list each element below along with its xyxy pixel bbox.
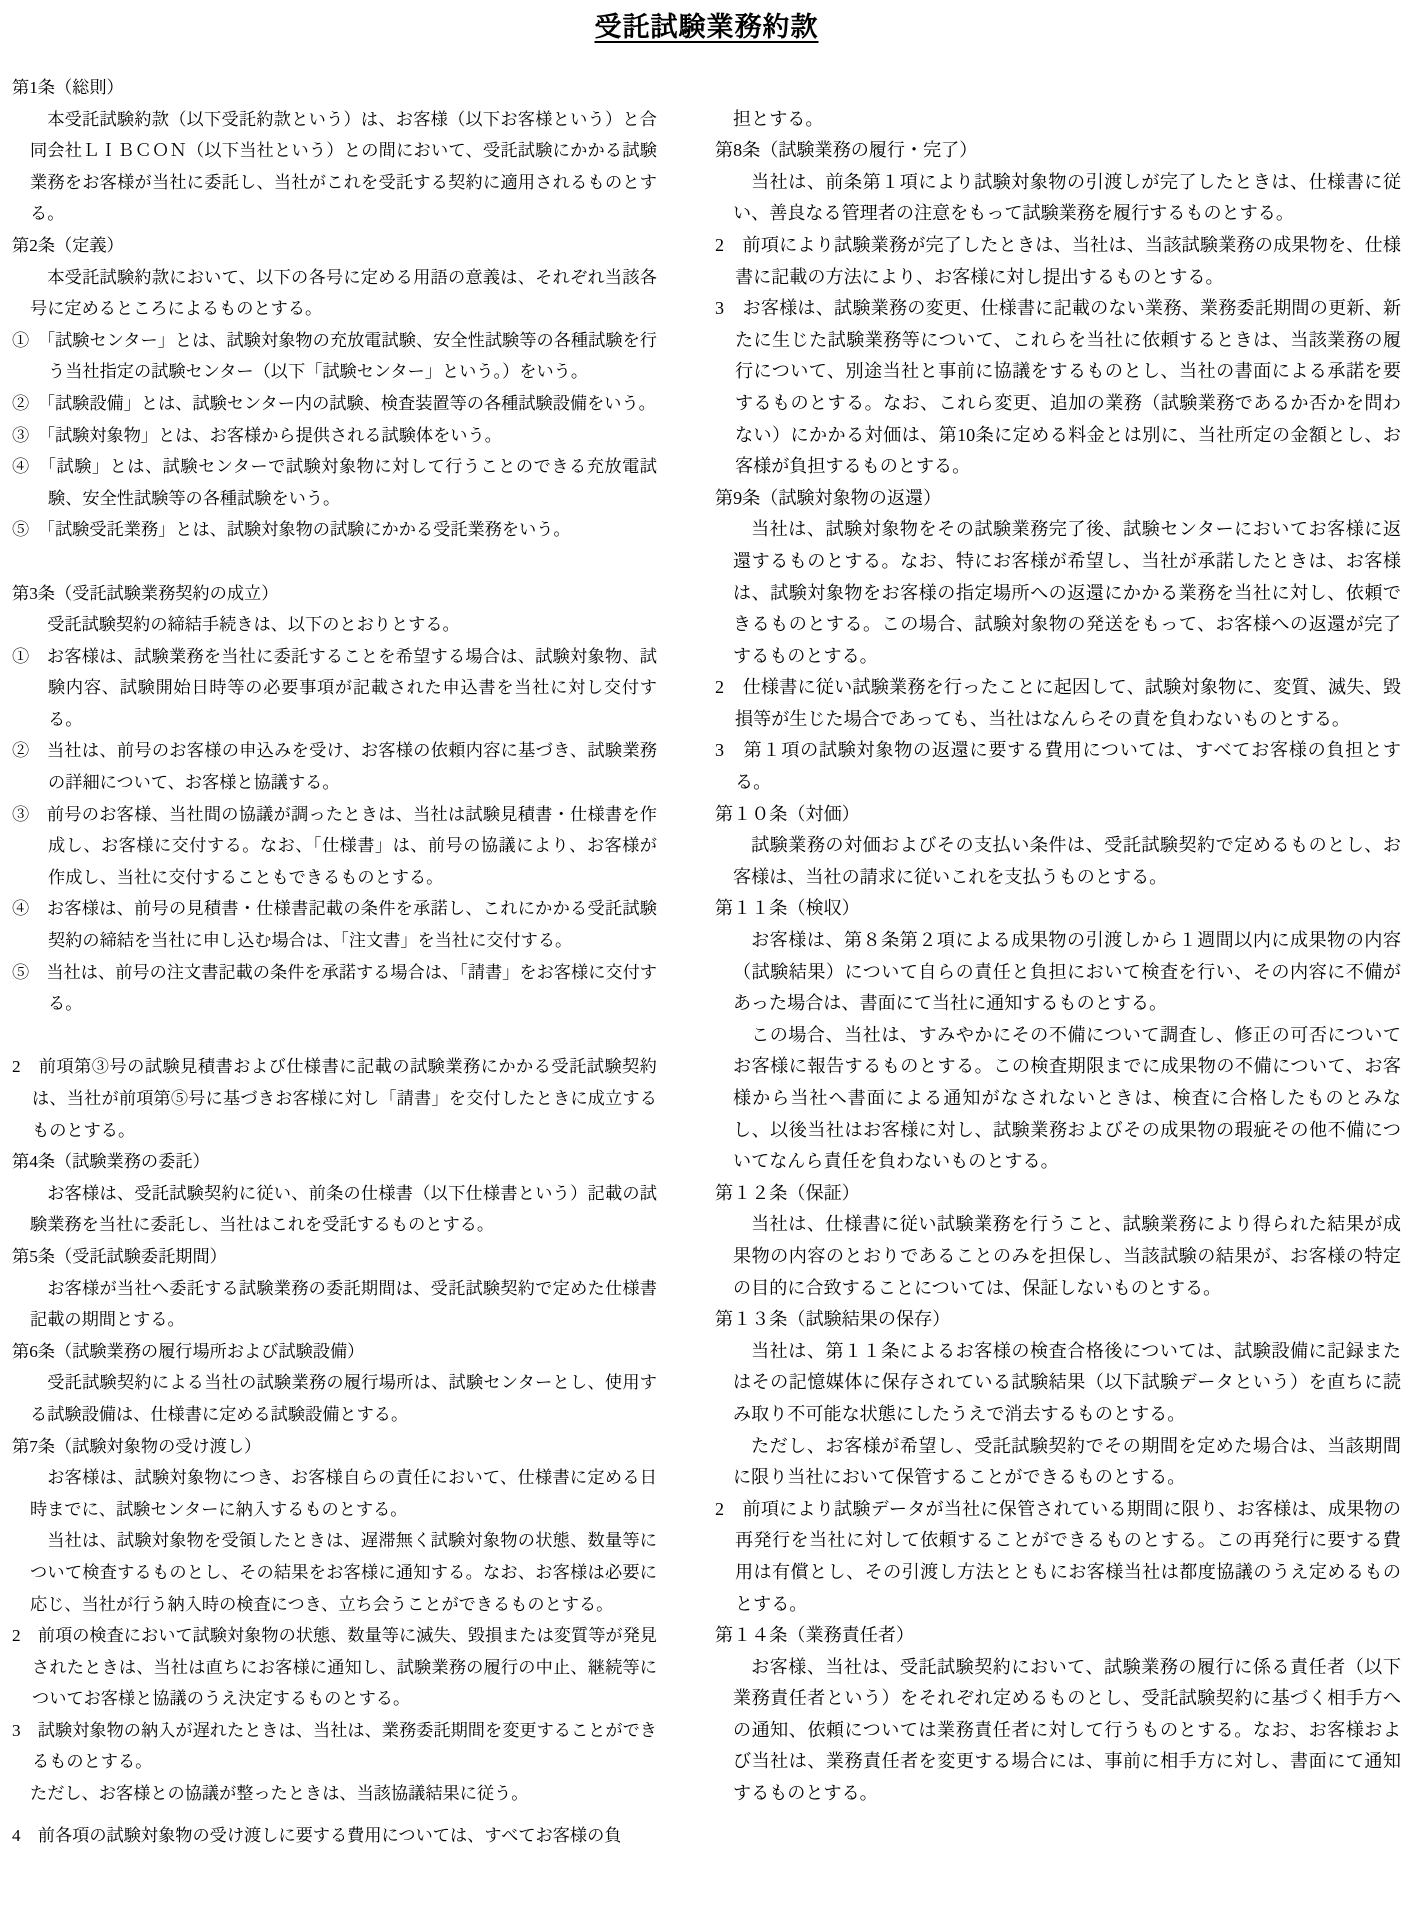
article-paragraph: お客様は、試験対象物につき、お客様自らの責任において、仕様書に定める日時までに、…: [12, 1462, 657, 1525]
circled-list-item: ④ お客様は、前号の見積書・仕様書記載の条件を承諾し、これにかかる受託試験契約の…: [12, 893, 657, 956]
numbered-sub-paragraph: 3 お客様は、試験業務の変更、仕様書に記載のない業務、業務委託期間の更新、新たに…: [715, 293, 1401, 483]
article-heading: 第１０条（対価）: [715, 799, 1401, 831]
numbered-sub-paragraph: 2 前項第③号の試験見積書および仕様書に記載の試験業務にかかる受託試験契約は、当…: [12, 1051, 657, 1146]
small-spacer: [12, 1810, 657, 1820]
numbered-sub-paragraph: 2 前項により試験業務が完了したときは、当社は、当該試験業務の成果物を、仕様書に…: [715, 230, 1401, 293]
article-paragraph: ただし、お客様が希望し、受託試験契約でその期間を定めた場合は、当該期間に限り当社…: [715, 1431, 1401, 1494]
article-heading: 第4条（試験業務の委託）: [12, 1146, 657, 1178]
article-paragraph: お客様は、受託試験契約に従い、前条の仕様書（以下仕様書という）記載の試験業務を当…: [12, 1178, 657, 1241]
circled-list-item: ③ 前号のお客様、当社間の協議が調ったときは、当社は試験見積書・仕様書を作成し、…: [12, 799, 657, 894]
circled-list-item: ① 「試験センター」とは、試験対象物の充放電試験、安全性試験等の各種試験を行う当…: [12, 325, 657, 388]
article-paragraph: 受託試験契約の締結手続きは、以下のとおりとする。: [12, 609, 657, 641]
article-paragraph: この場合、当社は、すみやかにその不備について調査し、修正の可否についてお客様に報…: [715, 1020, 1401, 1178]
article-heading: 第7条（試験対象物の受け渡し）: [12, 1431, 657, 1463]
article-heading: 第8条（試験業務の履行・完了）: [715, 135, 1401, 167]
circled-list-item: ④ 「試験」とは、試験センターで試験対象物に対して行うことのできる充放電試験、安…: [12, 451, 657, 514]
article-heading: 第6条（試験業務の履行場所および試験設備）: [12, 1336, 657, 1368]
numbered-sub-paragraph: 2 仕様書に従い試験業務を行ったことに起因して、試験対象物に、変質、滅失、毀損等…: [715, 672, 1401, 735]
article-heading: 第1条（総則）: [12, 72, 657, 104]
article-heading: 第3条（受託試験業務契約の成立）: [12, 578, 657, 610]
article-paragraph: 本受託試験約款において、以下の各号に定める用語の意義は、それぞれ当該各号に定める…: [12, 262, 657, 325]
article-paragraph: お客様、当社は、受託試験契約において、試験業務の履行に係る責任者（以下業務責任者…: [715, 1652, 1401, 1810]
numbered-sub-paragraph: 2 前項の検査において試験対象物の状態、数量等に滅失、毀損または変質等が発見され…: [12, 1620, 657, 1715]
article-heading: 第１３条（試験結果の保存）: [715, 1304, 1401, 1336]
article-heading: 第１１条（検収）: [715, 893, 1401, 925]
document-title-text: 受託試験業務約款: [595, 12, 819, 42]
numbered-sub-paragraph: 3 試験対象物の納入が遅れたときは、当社は、業務委託期間を変更することができるも…: [12, 1715, 657, 1778]
left-column: 第1条（総則）本受託試験約款（以下受託約款という）は、お客様（以下お客様という）…: [12, 72, 657, 1851]
document-page: 受託試験業務約款 第1条（総則）本受託試験約款（以下受託約款という）は、お客様（…: [0, 0, 1409, 1920]
article-heading: 第１２条（保証）: [715, 1178, 1401, 1210]
article-paragraph: お客様が当社へ委託する試験業務の委託期間は、受託試験契約で定めた仕様書記載の期間…: [12, 1273, 657, 1336]
article-paragraph: 当社は、前条第１項により試験対象物の引渡しが完了したときは、仕様書に従い、善良な…: [715, 167, 1401, 230]
document-title: 受託試験業務約款: [12, 8, 1401, 46]
two-column-layout: 第1条（総則）本受託試験約款（以下受託約款という）は、お客様（以下お客様という）…: [12, 72, 1401, 1851]
circled-list-item: ② 「試験設備」とは、試験センター内の試験、検査装置等の各種試験設備をいう。: [12, 388, 657, 420]
article-heading: 第5条（受託試験委託期間）: [12, 1241, 657, 1273]
blank-line-spacer: [12, 546, 657, 578]
article-paragraph: 当社は、仕様書に従い試験業務を行うこと、試験業務により得られた結果が成果物の内容…: [715, 1209, 1401, 1304]
blank-line-spacer: [715, 72, 1401, 104]
article-paragraph: 試験業務の対価およびその支払い条件は、受託試験契約で定めるものとし、お客様は、当…: [715, 830, 1401, 893]
circled-list-item: ⑤ 当社は、前号の注文書記載の条件を承諾する場合は、「請書」をお客様に交付する。: [12, 957, 657, 1020]
article-paragraph: 本受託試験約款（以下受託約款という）は、お客様（以下お客様という）と合同会社ＬＩ…: [12, 104, 657, 230]
article-paragraph: お客様は、第８条第２項による成果物の引渡しから１週間以内に成果物の内容（試験結果…: [715, 925, 1401, 1020]
article-heading: 第１４条（業務責任者）: [715, 1620, 1401, 1652]
circled-list-item: ③ 「試験対象物」とは、お客様から提供される試験体をいう。: [12, 420, 657, 452]
blank-line-spacer: [12, 1020, 657, 1052]
continuation-paragraph: 担とする。: [715, 104, 1401, 136]
article-paragraph: 当社は、試験対象物をその試験業務完了後、試験センターにおいてお客様に返還するもの…: [715, 514, 1401, 672]
article-paragraph: 当社は、試験対象物を受領したときは、遅滞無く試験対象物の状態、数量等について検査…: [12, 1525, 657, 1620]
circled-list-item: ⑤ 「試験受託業務」とは、試験対象物の試験にかかる受託業務をいう。: [12, 514, 657, 546]
article-paragraph: 受託試験契約による当社の試験業務の履行場所は、試験センターとし、使用する試験設備…: [12, 1367, 657, 1430]
continuation-paragraph: ただし、お客様との協議が整ったときは、当該協議結果に従う。: [12, 1778, 657, 1810]
numbered-sub-paragraph: 3 第１項の試験対象物の返還に要する費用については、すべてお客様の負担とする。: [715, 735, 1401, 798]
article-heading: 第2条（定義）: [12, 230, 657, 262]
circled-list-item: ② 当社は、前号のお客様の申込みを受け、お客様の依頼内容に基づき、試験業務の詳細…: [12, 735, 657, 798]
numbered-sub-paragraph: 4 前各項の試験対象物の受け渡しに要する費用については、すべてお客様の負: [12, 1820, 657, 1852]
right-column: 担とする。第8条（試験業務の履行・完了）当社は、前条第１項により試験対象物の引渡…: [715, 72, 1401, 1810]
article-paragraph: 当社は、第１１条によるお客様の検査合格後については、試験設備に記録またはその記憶…: [715, 1336, 1401, 1431]
article-heading: 第9条（試験対象物の返還）: [715, 483, 1401, 515]
numbered-sub-paragraph: 2 前項により試験データが当社に保管されている期間に限り、お客様は、成果物の再発…: [715, 1494, 1401, 1620]
circled-list-item: ① お客様は、試験業務を当社に委託することを希望する場合は、試験対象物、試験内容…: [12, 641, 657, 736]
